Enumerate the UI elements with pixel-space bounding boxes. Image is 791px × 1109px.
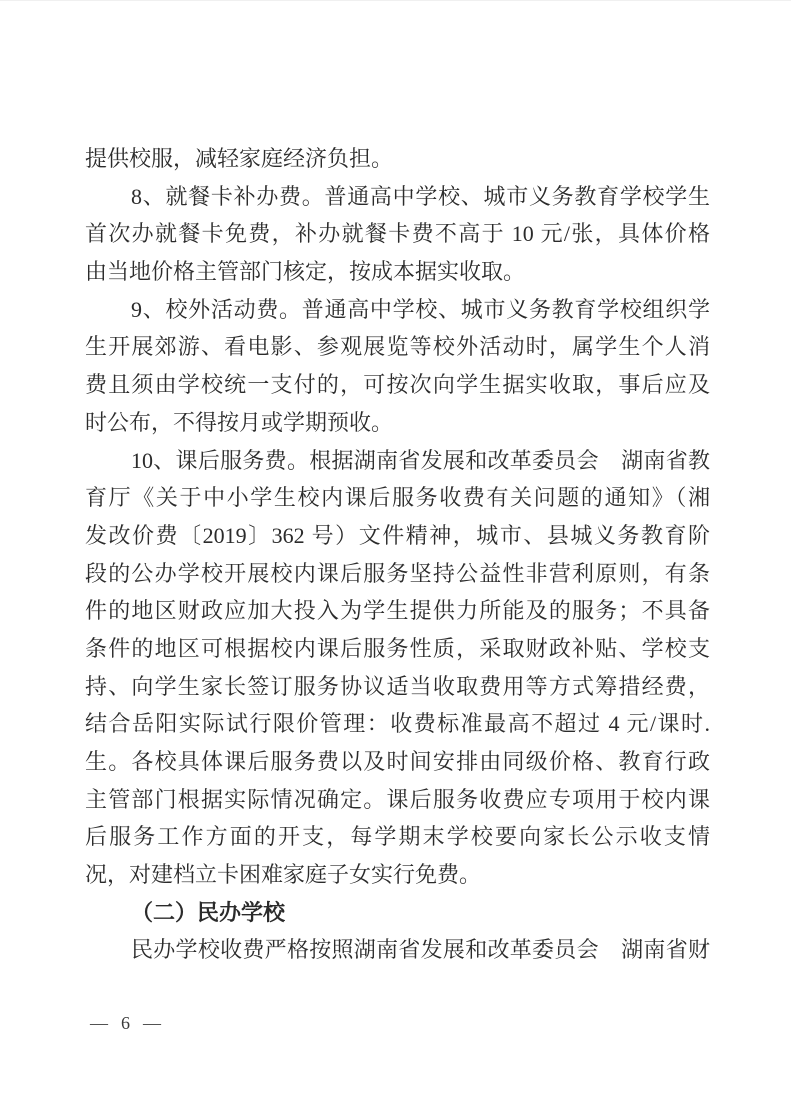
- paragraph-line: 发改价费〔2019〕362 号）文件精神，城市、县城义务教育阶: [85, 517, 710, 555]
- paragraph-line: 后服务工作方面的开支，每学期末学校要向家长公示收支情: [85, 818, 710, 856]
- paragraph-line: 民办学校收费严格按照湖南省发展和改革委员会 湖南省财: [85, 931, 710, 969]
- paragraph-line: 件的地区财政应加大投入为学生提供力所能及的服务；不具备: [85, 592, 710, 630]
- footer-dash-right: —: [143, 1011, 161, 1035]
- paragraph-line: 结合岳阳实际试行限价管理：收费标准最高不超过 4 元/课时.: [85, 705, 710, 743]
- paragraph-line: 育厅《关于中小学生校内课后服务收费有关问题的通知》（湘: [85, 479, 710, 517]
- page-body: 提供校服，减轻家庭经济负担。 8、就餐卡补办费。普通高中学校、城市义务教育学校学…: [85, 140, 710, 969]
- paragraph-line: 条件的地区可根据校内课后服务性质，采取财政补贴、学校支: [85, 630, 710, 668]
- paragraph-line: 主管部门根据实际情况确定。课后服务收费应专项用于校内课: [85, 781, 710, 819]
- page-footer: — 6 —: [90, 1011, 161, 1035]
- paragraph-line: 持、向学生家长签订服务协议适当收取费用等方式筹措经费，: [85, 668, 710, 706]
- paragraph-line: 时公布，不得按月或学期预收。: [85, 404, 710, 442]
- paragraph-line: 8、就餐卡补办费。普通高中学校、城市义务教育学校学生: [85, 178, 710, 216]
- paragraph-line: 提供校服，减轻家庭经济负担。: [85, 140, 710, 178]
- paragraph-line: 段的公办学校开展校内课后服务坚持公益性非营利原则，有条: [85, 555, 710, 593]
- paragraph-line: 况，对建档立卡困难家庭子女实行免费。: [85, 856, 710, 894]
- page-number: 6: [121, 1011, 130, 1035]
- section-heading: （二）民办学校: [85, 894, 710, 932]
- paragraph-line: 生。各校具体课后服务费以及时间安排由同级价格、教育行政: [85, 743, 710, 781]
- paragraph-line: 首次办就餐卡免费，补办就餐卡费不高于 10 元/张，具体价格: [85, 215, 710, 253]
- paragraph-line: 10、课后服务费。根据湖南省发展和改革委员会 湖南省教: [85, 442, 710, 480]
- footer-dash-left: —: [90, 1011, 108, 1035]
- paragraph-line: 9、校外活动费。普通高中学校、城市义务教育学校组织学: [85, 291, 710, 329]
- paragraph-line: 费且须由学校统一支付的，可按次向学生据实收取，事后应及: [85, 366, 710, 404]
- paragraph-line: 由当地价格主管部门核定，按成本据实收取。: [85, 253, 710, 291]
- scanned-document-page: 提供校服，减轻家庭经济负担。 8、就餐卡补办费。普通高中学校、城市义务教育学校学…: [0, 1, 791, 1109]
- paragraph-line: 生开展郊游、看电影、参观展览等校外活动时，属学生个人消: [85, 328, 710, 366]
